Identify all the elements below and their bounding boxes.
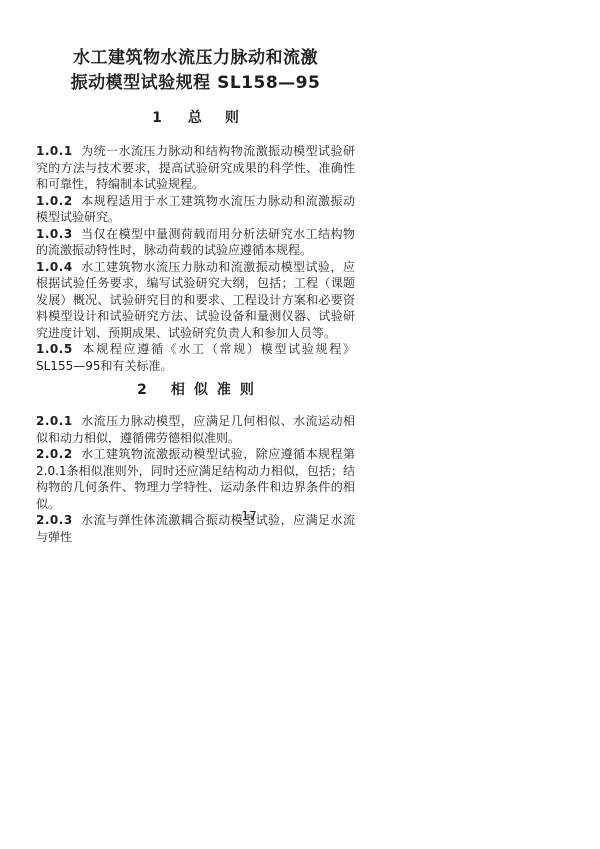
- clause-1.0.4: 1.0.4水工建筑物水流压力脉动和流激振动模型试验，应根据试验任务要求，编写试验…: [36, 259, 355, 342]
- clause-number: 2.0.3: [36, 513, 73, 527]
- document-title-line2: 振动模型试验规程 SL158—95: [36, 71, 355, 96]
- clause-text: 当仅在模型中量测荷载而用分析法研究水工结构物的流激振动特性时，脉动荷载的试验应遵…: [36, 227, 355, 258]
- document-page: 水工建筑物水流压力脉动和流激 振动模型试验规程 SL158—95 1总则1.0.…: [0, 0, 600, 849]
- chapter-heading-1: 1总则: [36, 110, 355, 127]
- chapter-number: 1: [152, 110, 162, 127]
- clause-text: 水流压力脉动模型，应满足几何相似、水流运动相似和动力相似，遵循佛劳德相似准则。: [36, 414, 355, 445]
- chapter-heading-2: 2相似准则: [36, 382, 355, 399]
- chapter-title: 相似准则: [171, 382, 263, 399]
- document-title: 水工建筑物水流压力脉动和流激 振动模型试验规程 SL158—95: [36, 46, 355, 96]
- clause-number: 1.0.4: [36, 260, 73, 274]
- clause-number: 1.0.1: [36, 144, 73, 158]
- clause-number: 1.0.2: [36, 194, 73, 208]
- document-body: 1总则1.0.1为统一水流压力脉动和结构物流激振动模型试验研究的方法与技术要求，…: [36, 110, 355, 545]
- clause-1.0.5: 1.0.5本规程应遵循《水工（常规）模型试验规程》SL155—95和有关标准。: [36, 341, 355, 374]
- page-number: 17: [199, 509, 299, 524]
- clause-1.0.1: 1.0.1为统一水流压力脉动和结构物流激振动模型试验研究的方法与技术要求，提高试…: [36, 143, 355, 193]
- clause-2.0.3: 2.0.3水流与弹性体流激耦合振动模型试验，应满足水流与弹性: [36, 512, 355, 545]
- clause-number: 1.0.5: [36, 342, 73, 356]
- document-content: 水工建筑物水流压力脉动和流激 振动模型试验规程 SL158—95 1总则1.0.…: [36, 46, 355, 545]
- clause-text: 水流与弹性体流激耦合振动模型试验，应满足水流与弹性: [36, 513, 355, 544]
- clause-text: 水工建筑物水流压力脉动和流激振动模型试验，应根据试验任务要求，编写试验研究大纲，…: [36, 260, 355, 340]
- clause-text: 本规程适用于水工建筑物水流压力脉动和流激振动模型试验研究。: [36, 194, 355, 225]
- clause-2.0.2: 2.0.2水工建筑物流激振动模型试验，除应遵循本规程第2.0.1条相似准则外，同…: [36, 446, 355, 512]
- chapter-title: 总则: [188, 110, 262, 127]
- clause-number: 2.0.1: [36, 414, 73, 428]
- clause-text: 为统一水流压力脉动和结构物流激振动模型试验研究的方法与技术要求，提高试验研究成果…: [36, 144, 355, 191]
- clause-number: 1.0.3: [36, 227, 73, 241]
- chapter-number: 2: [137, 382, 147, 399]
- clause-number: 2.0.2: [36, 447, 73, 461]
- clause-text: 水工建筑物流激振动模型试验，除应遵循本规程第2.0.1条相似准则外，同时还应满足…: [36, 447, 355, 511]
- clause-1.0.2: 1.0.2本规程适用于水工建筑物水流压力脉动和流激振动模型试验研究。: [36, 193, 355, 226]
- document-title-line1: 水工建筑物水流压力脉动和流激: [36, 46, 355, 71]
- clause-1.0.3: 1.0.3当仅在模型中量测荷载而用分析法研究水工结构物的流激振动特性时，脉动荷载…: [36, 226, 355, 259]
- clause-text: 本规程应遵循《水工（常规）模型试验规程》SL155—95和有关标准。: [36, 342, 355, 373]
- clause-2.0.1: 2.0.1水流压力脉动模型，应满足几何相似、水流运动相似和动力相似，遵循佛劳德相…: [36, 413, 355, 446]
